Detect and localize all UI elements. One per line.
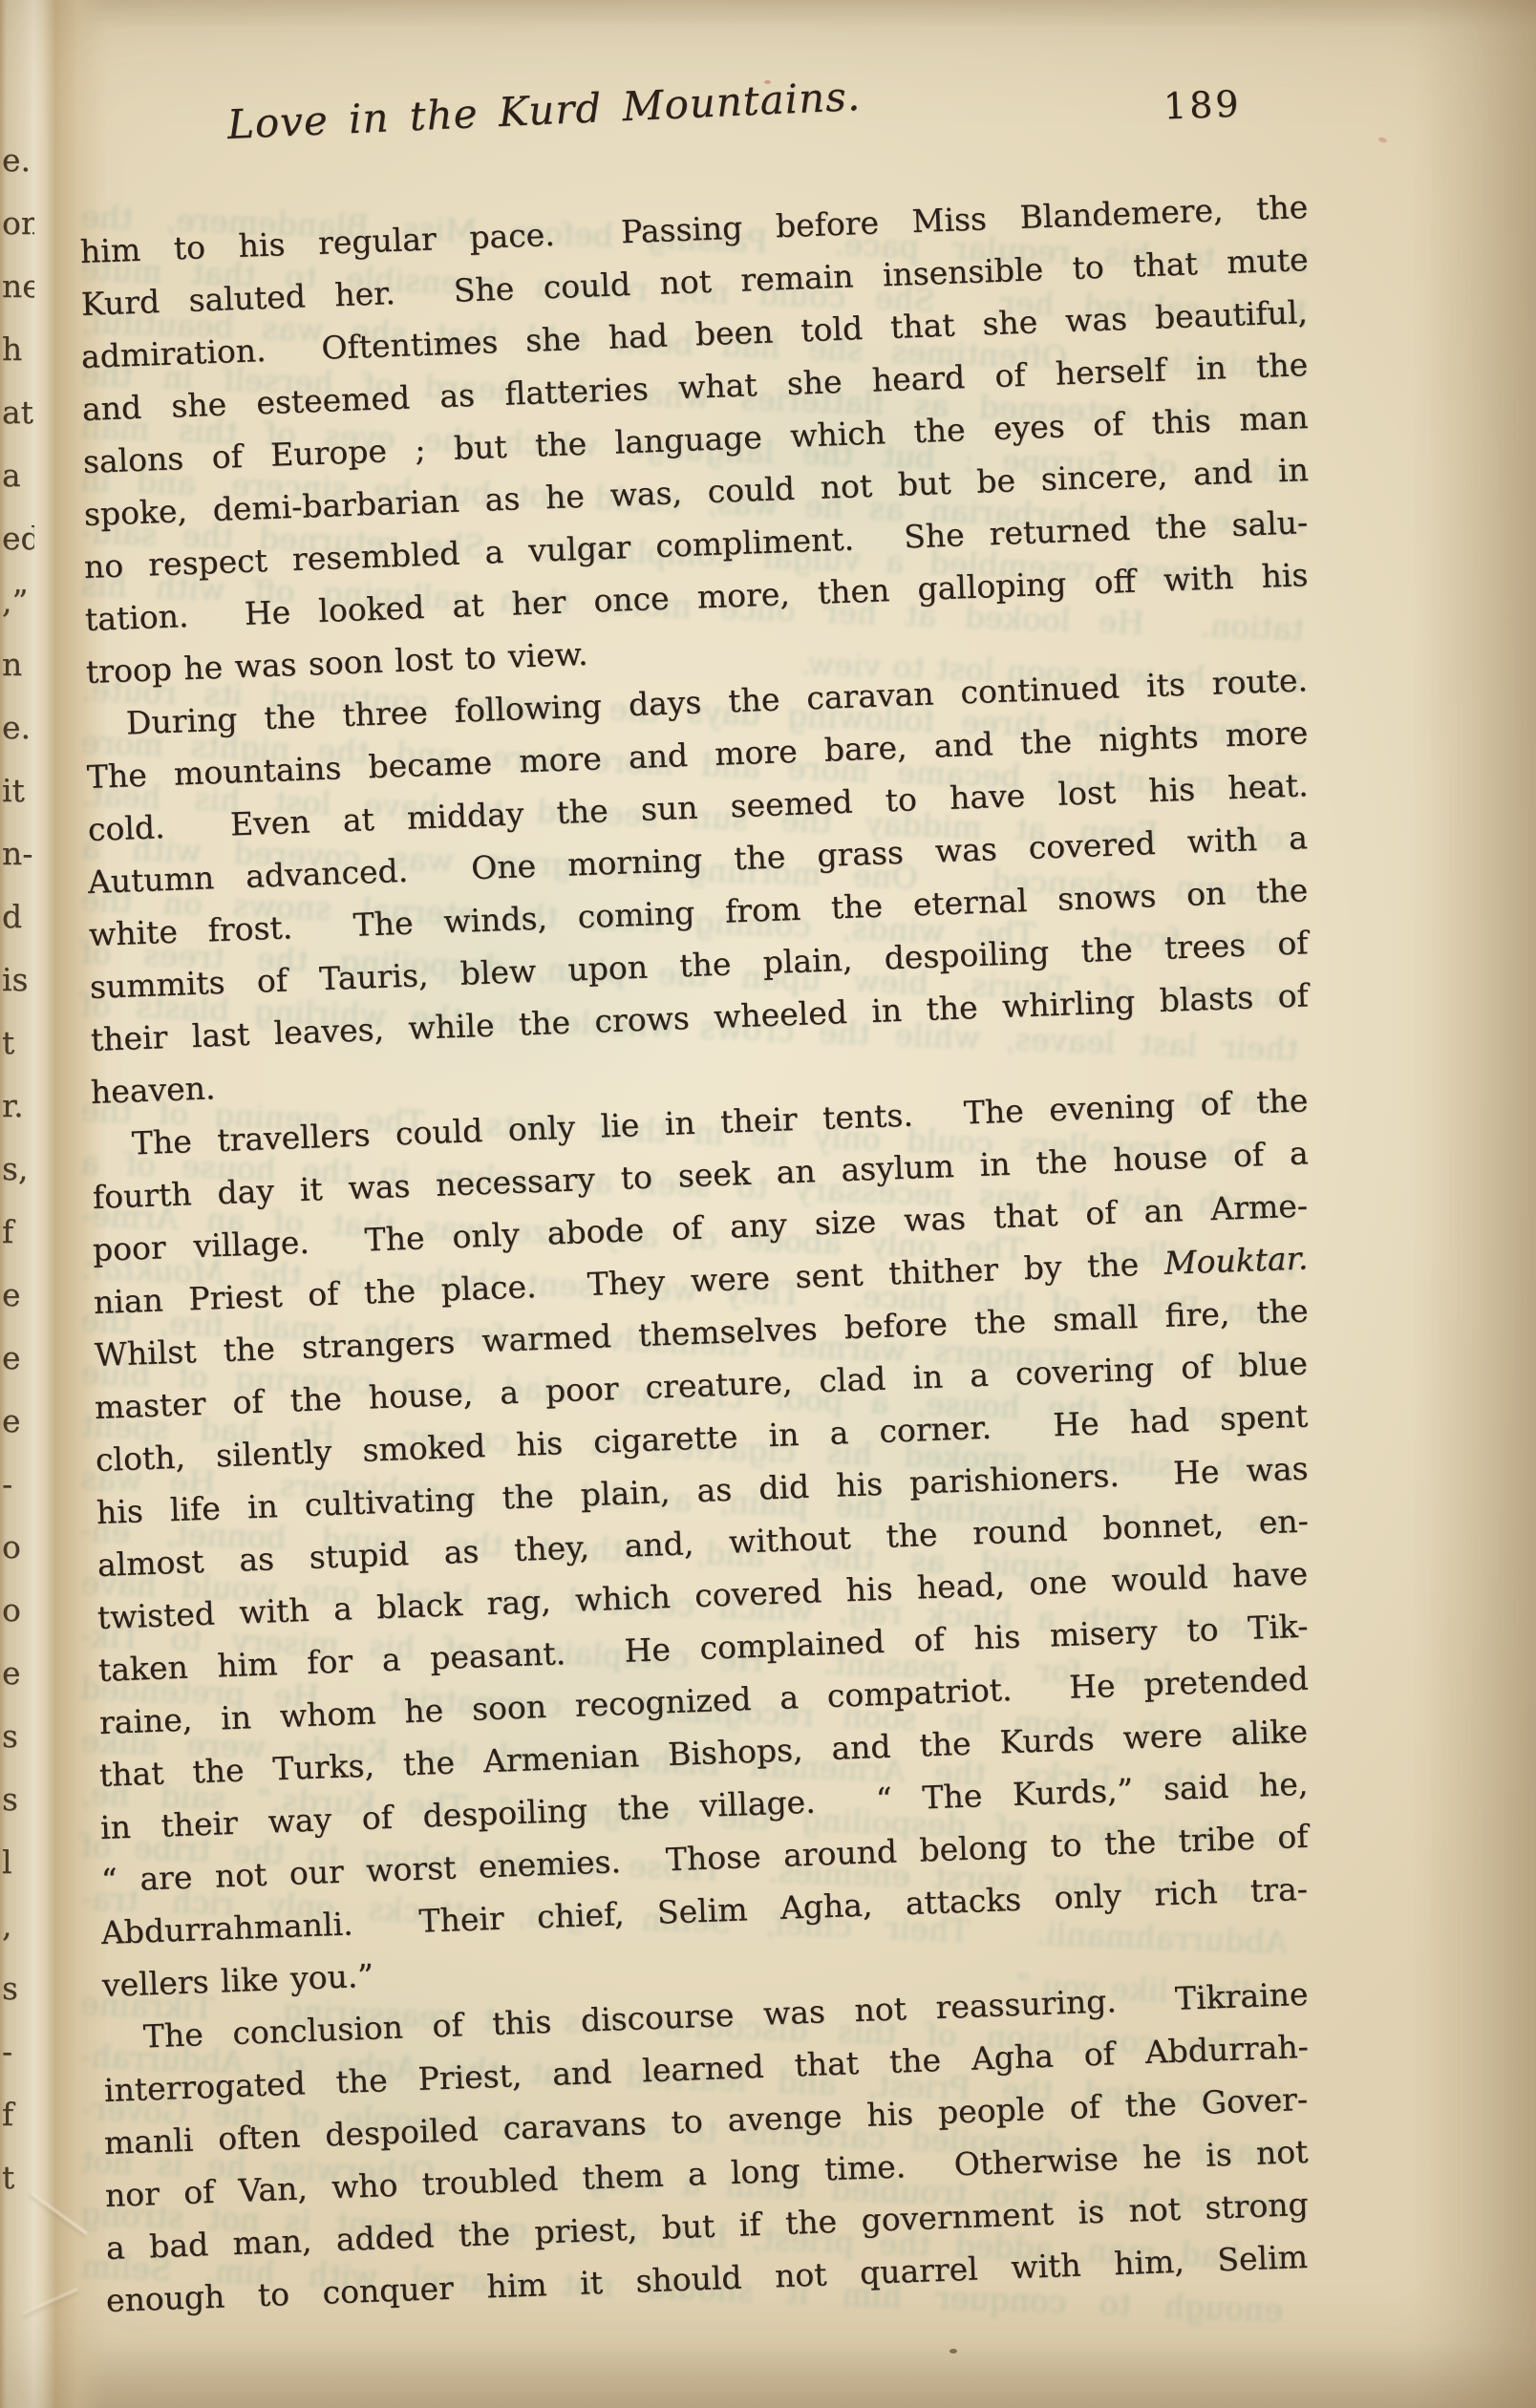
gutter-fragment: s xyxy=(2,1970,34,2008)
gutter-fragment: it xyxy=(2,772,34,810)
gutter-fragment: d xyxy=(2,898,34,936)
gutter-fragment: s xyxy=(2,1780,34,1819)
gutter-fragment: e xyxy=(2,1339,34,1377)
gutter-fragment: ed xyxy=(2,520,34,558)
gutter-fragment: s, xyxy=(2,1150,34,1188)
gutter-fragment: is xyxy=(2,961,34,999)
paper-speck xyxy=(949,2349,957,2354)
gutter-fragment: l xyxy=(2,1843,34,1882)
paper-speck xyxy=(1377,137,1387,144)
gutter-fragment: e. xyxy=(2,141,34,180)
gutter-fragment: at xyxy=(2,394,34,432)
gutter-fragment: ,” xyxy=(2,583,34,621)
gutter-fragment: ne xyxy=(2,267,34,306)
gutter-fragment: s xyxy=(2,1717,34,1756)
gutter-fragment: e xyxy=(2,1276,34,1314)
gutter-fragment: n xyxy=(2,646,34,684)
gutter-fragment: t xyxy=(2,2159,34,2197)
gutter-fragment: on xyxy=(2,204,34,243)
gutter-fragment: h xyxy=(2,330,34,369)
book-page-scan: e.onnehataed,”ne.itn-distr.s,feee-ooessl… xyxy=(0,0,1536,2408)
gutter-fragment: e xyxy=(2,1402,34,1440)
gutter-fragment: e xyxy=(2,1654,34,1693)
page-number: 189 xyxy=(1163,83,1242,128)
gutter-fragment: a xyxy=(2,457,34,495)
gutter-fragment: t xyxy=(2,1024,34,1062)
gutter-fragment: - xyxy=(2,1465,34,1503)
gutter-fragment: o xyxy=(2,1528,34,1566)
gutter-fragment: - xyxy=(2,2033,34,2071)
body-text: him to his regular pace. Passing before … xyxy=(80,225,1309,2327)
gutter-fragment: f xyxy=(2,2096,34,2134)
gutter-fragment: f xyxy=(2,1213,34,1251)
gutter-fragment: r. xyxy=(2,1087,34,1125)
gutter-fragment: n- xyxy=(2,835,34,873)
paper-speck xyxy=(764,80,771,84)
gutter-fragment: , xyxy=(2,1907,34,1945)
gutter-fragment: o xyxy=(2,1591,34,1630)
gutter-fragment: e. xyxy=(2,709,34,747)
